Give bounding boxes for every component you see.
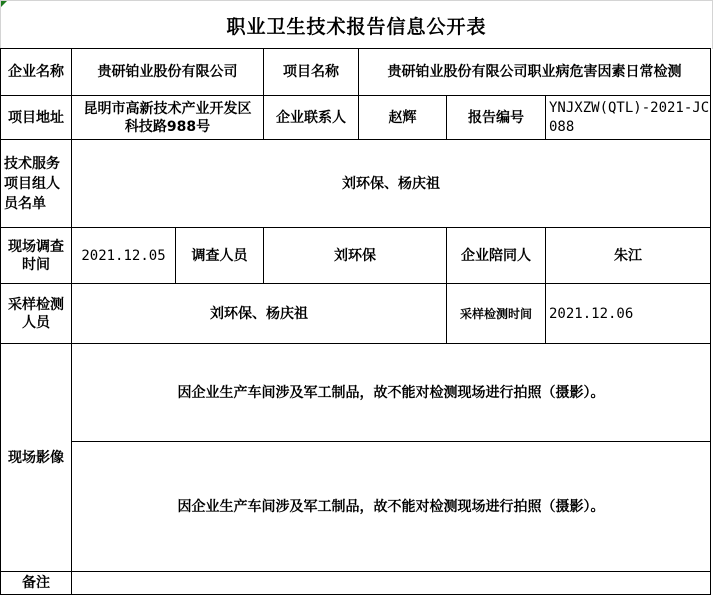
company-name-label: 企业名称 bbox=[0, 48, 72, 96]
contact-person-label: 企业联系人 bbox=[263, 95, 359, 140]
site-image-note-1: 因企业生产车间涉及军工制品，故不能对检测现场进行拍照（摄影）。 bbox=[71, 343, 711, 442]
remarks-label: 备注 bbox=[0, 571, 72, 595]
site-images-label: 现场影像 bbox=[0, 343, 72, 572]
team-members-value[interactable]: 刘环保、杨庆祖 bbox=[71, 139, 711, 228]
site-image-note-2: 因企业生产车间涉及军工制品，故不能对检测现场进行拍照（摄影）。 bbox=[71, 441, 711, 572]
disclosure-sheet: 职业卫生技术报告信息公开表 企业名称 贵研铂业股份有限公司 项目名称 贵研铂业股… bbox=[0, 0, 713, 597]
report-number-label: 报告编号 bbox=[446, 95, 546, 140]
company-name-value[interactable]: 贵研铂业股份有限公司 bbox=[71, 48, 264, 96]
page-title: 职业卫生技术报告信息公开表 bbox=[0, 0, 713, 49]
contact-person-value[interactable]: 赵辉 bbox=[358, 95, 447, 140]
survey-date-value[interactable]: 2021.12.05 bbox=[71, 227, 176, 284]
team-members-label: 技术服务项目组人员名单 bbox=[0, 139, 72, 228]
escort-label: 企业陪同人 bbox=[446, 227, 546, 284]
project-address-label: 项目地址 bbox=[0, 95, 72, 140]
remarks-value[interactable] bbox=[71, 571, 711, 595]
sampling-staff-value[interactable]: 刘环保、杨庆祖 bbox=[71, 283, 447, 344]
surveyor-value[interactable]: 刘环保 bbox=[263, 227, 447, 284]
escort-value[interactable]: 朱江 bbox=[545, 227, 711, 284]
sampling-time-label: 采样检测时间 bbox=[446, 283, 546, 344]
report-number-value[interactable]: YNJXZW(QTL)-2021-JC088 bbox=[545, 95, 711, 140]
survey-time-label: 现场调查时间 bbox=[0, 227, 72, 284]
project-name-label: 项目名称 bbox=[263, 48, 359, 96]
sampling-staff-label: 采样检测人员 bbox=[0, 283, 72, 344]
sampling-time-value[interactable]: 2021.12.06 bbox=[545, 283, 711, 344]
project-name-value[interactable]: 贵研铂业股份有限公司职业病危害因素日常检测 bbox=[358, 48, 711, 96]
cell-comment-indicator-icon bbox=[1, 1, 7, 7]
project-address-value[interactable]: 昆明市高新技术产业开发区科技路988号 bbox=[71, 95, 264, 140]
surveyor-label: 调查人员 bbox=[175, 227, 264, 284]
